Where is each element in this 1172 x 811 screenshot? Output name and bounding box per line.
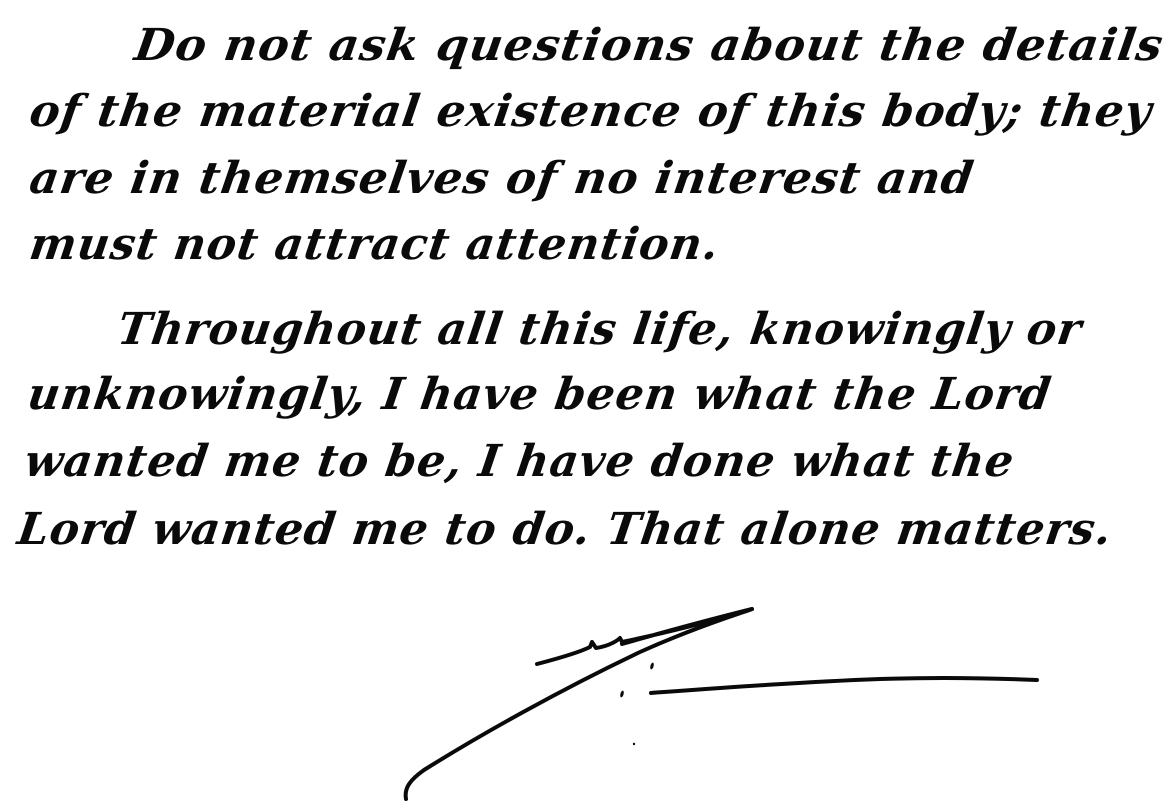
signature-horizontal-stroke (651, 678, 1037, 693)
signature-upper-stroke (537, 609, 752, 664)
text-line: of the material existence of this body; … (27, 90, 1155, 134)
text-line: unknowingly, I have been what the Lord (25, 373, 1054, 417)
signature-dot (620, 690, 625, 698)
signature-sweep-stroke (406, 617, 797, 800)
text-line: are in themselves of no interest and (27, 157, 977, 201)
signature-dot (633, 743, 635, 745)
text-line: wanted me to be, I have done what the (22, 440, 1017, 484)
signature-dot (650, 662, 655, 670)
text-line: Throughout all this life, knowingly or (115, 308, 1085, 352)
signature-sweep-line (406, 609, 752, 799)
text-line: must not attract attention. (27, 223, 722, 267)
handwritten-note: Do not ask questions about the details o… (0, 0, 1172, 811)
text-line: Do not ask questions about the details (132, 24, 1167, 68)
text-line: Lord wanted me to do. That alone matters… (15, 508, 1115, 552)
